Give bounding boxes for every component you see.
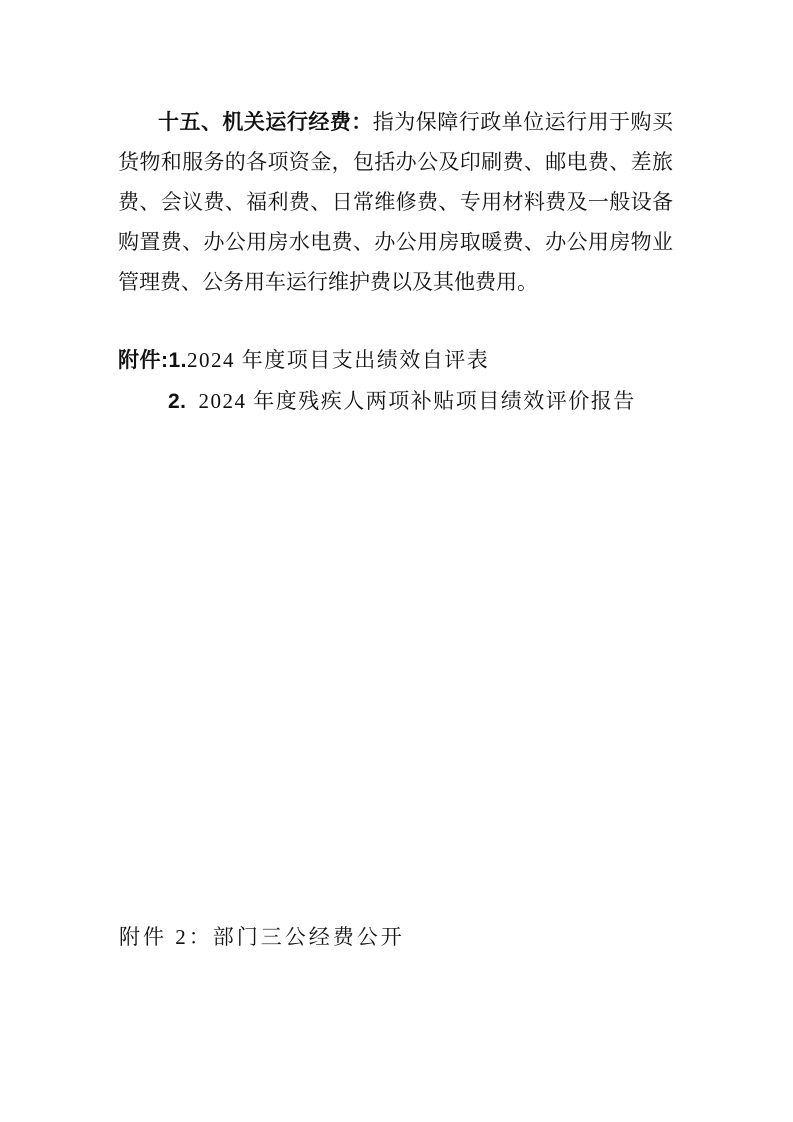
attachment-item-2-label: 2.	[168, 390, 187, 413]
attachment-item-1-label: 附件:1.	[118, 349, 187, 372]
attachment-item-1: 附件:1.2024 年度项目支出绩效自评表	[118, 340, 738, 381]
footer-attachment-line: 附件 2：部门三公经费公开	[119, 917, 405, 957]
attachment-list: 附件:1.2024 年度项目支出绩效自评表 2.2024 年度残疾人两项补贴项目…	[118, 340, 738, 422]
document-page: 十五、机关运行经费：指为保障行政单位运行用于购买 货物和服务的各项资金，包括办公…	[0, 0, 793, 1122]
paragraph-line-1: 十五、机关运行经费：指为保障行政单位运行用于购买	[118, 102, 673, 142]
paragraph-line-5: 管理费、公务用车运行维护费以及其他费用。	[118, 262, 673, 302]
attachment-item-2: 2.2024 年度残疾人两项补贴项目绩效评价报告	[118, 381, 738, 422]
paragraph-line-3: 费、会议费、福利费、日常维修费、专用材料费及一般设备	[118, 182, 673, 222]
paragraph-line-1-text: 指为保障行政单位运行用于购买	[373, 110, 673, 134]
paragraph-line-4: 购置费、办公用房水电费、办公用房取暖费、办公用房物业	[118, 222, 673, 262]
paragraph-line-2: 货物和服务的各项资金，包括办公及印刷费、邮电费、差旅	[118, 142, 673, 182]
attachment-item-1-text: 2024 年度项目支出绩效自评表	[187, 348, 489, 372]
section-heading: 十五、机关运行经费：	[158, 110, 373, 134]
section-15-paragraph: 十五、机关运行经费：指为保障行政单位运行用于购买 货物和服务的各项资金，包括办公…	[118, 102, 673, 302]
attachment-item-2-text: 2024 年度残疾人两项补贴项目绩效评价报告	[199, 389, 636, 413]
